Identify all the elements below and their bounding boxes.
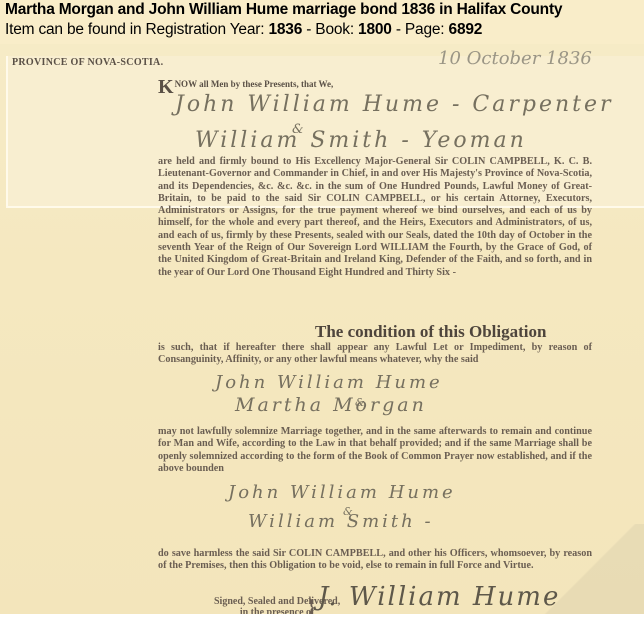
drop-cap: K — [158, 76, 174, 98]
record-location: Item can be found in Registration Year: … — [5, 20, 641, 40]
bride-name: Martha Morgan — [235, 394, 427, 416]
bond-paragraph-2: is such, that if hereafter there shall a… — [158, 342, 592, 367]
province-heading: PROVINCE OF NOVA-SCOTIA. — [12, 57, 163, 68]
page-number: 6892 — [449, 21, 483, 38]
bond-paragraph-3: may not lawfully solemnize Marriage toge… — [158, 426, 592, 475]
bounden-1: John William Hume — [228, 482, 456, 503]
know-text: NOW all Men by these Presents, that We, — [175, 79, 334, 89]
page-label: - Page: — [392, 21, 449, 38]
condition-heading: The condition of this Obligation — [315, 322, 546, 342]
groom-name: John William Hume — [215, 372, 443, 393]
bondsman-1: John William Hume - Carpenter — [175, 92, 614, 117]
location-prefix: Item can be found in Registration Year: — [5, 21, 268, 38]
book-label: - Book: — [302, 21, 358, 38]
registration-year: 1836 — [268, 21, 302, 38]
record-title: Martha Morgan and John William Hume marr… — [5, 0, 641, 20]
handwritten-date: 10 October 1836 — [438, 48, 592, 69]
brace-icon: } — [306, 594, 317, 614]
bond-paragraph-1: are held and firmly bound to His Excelle… — [158, 156, 592, 279]
bottom-border — [0, 614, 644, 618]
paper-fold-shadow — [524, 524, 644, 614]
bondsman-2: William Smith - Yeoman — [195, 128, 527, 153]
document-scan: PROVINCE OF NOVA-SCOTIA. 10 October 1836… — [0, 44, 644, 614]
record-header: Martha Morgan and John William Hume marr… — [5, 0, 641, 40]
bounden-2: William Smith - — [248, 511, 434, 532]
book-number: 1800 — [358, 21, 392, 38]
